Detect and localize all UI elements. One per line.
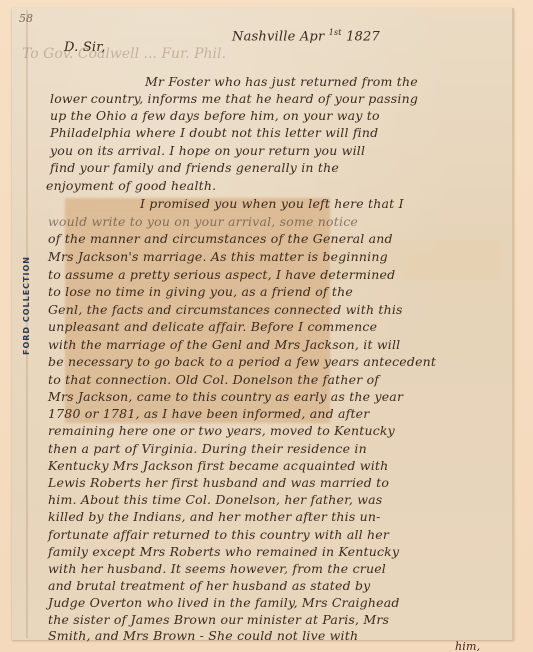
date-year: 1827 xyxy=(346,29,380,44)
letter-line: Mrs Jackson's marriage. As this matter i… xyxy=(48,249,388,264)
letter-line: you on its arrival. I hope on your retur… xyxy=(50,143,365,158)
letter-line: then a part of Virginia. During their re… xyxy=(48,441,367,456)
letter-line: Genl, the facts and circumstances connec… xyxy=(48,302,403,317)
bleed-through-text: To Gov. Coalwell ... Fur. Phil. xyxy=(22,46,226,62)
letter-line: him. About this time Col. Donelson, her … xyxy=(48,492,382,507)
date-month: Apr xyxy=(300,29,325,44)
letter-line: killed by the Indians, and her mother af… xyxy=(48,509,381,524)
letter-line: enjoyment of good health. xyxy=(46,178,216,193)
letter-line: and brutal treatment of her husband as s… xyxy=(48,578,370,593)
letter-line: fortunate affair returned to this countr… xyxy=(48,527,389,542)
letter-line: Lewis Roberts her first husband and was … xyxy=(48,475,389,490)
letter-line: the sister of James Brown our minister a… xyxy=(48,612,389,627)
letter-line: Smith, and Mrs Brown - She could not liv… xyxy=(48,628,358,643)
letter-line: Judge Overton who lived in the family, M… xyxy=(48,595,400,610)
letter-line: family except Mrs Roberts who remained i… xyxy=(48,544,399,559)
collection-stamp: FORD COLLECTION xyxy=(22,256,31,355)
letter-line: Mrs Jackson, came to this country as ear… xyxy=(48,389,403,404)
letter-line: unpleasant and delicate affair. Before I… xyxy=(48,319,377,334)
letter-line: up the Ohio a few days before him, on yo… xyxy=(50,108,380,123)
letter-line: find your family and friends generally i… xyxy=(50,160,339,175)
letter-line: to that connection. Old Col. Donelson th… xyxy=(48,372,379,387)
letter-line: remaining here one or two years, moved t… xyxy=(48,423,395,438)
letter-line: with her husband. It seems however, from… xyxy=(48,561,386,576)
letter-line: I promised you when you left here that I xyxy=(140,196,404,211)
letter-line: be necessary to go back to a period a fe… xyxy=(48,354,436,369)
date-place: Nashville xyxy=(232,29,295,44)
letter-line: would write to you on your arrival, some… xyxy=(48,214,358,229)
letter-line: Mr Foster who has just returned from the xyxy=(145,74,418,89)
letter-line: Philadelphia where I doubt not this lett… xyxy=(50,125,378,140)
date-day: 1st xyxy=(329,28,342,37)
letter-line: to lose no time in giving you, as a frie… xyxy=(48,284,353,299)
salutation: D. Sir, xyxy=(64,40,106,55)
letter-line: lower country, informs me that he heard … xyxy=(50,91,418,106)
letter-line: with the marriage of the Genl and Mrs Ja… xyxy=(48,337,400,352)
letter-line: 1780 or 1781, as I have been informed, a… xyxy=(48,406,369,421)
letter-line: of the manner and circumstances of the G… xyxy=(48,231,393,246)
letter-line: Kentucky Mrs Jackson first became acquai… xyxy=(48,458,388,473)
catchword: him, xyxy=(455,640,480,652)
sheet-torn-corner xyxy=(420,8,512,14)
date-line: Nashville Apr 1st 1827 xyxy=(232,28,380,44)
page-number: 58 xyxy=(19,12,33,25)
letter-line: to assume a pretty serious aspect, I hav… xyxy=(48,267,395,282)
